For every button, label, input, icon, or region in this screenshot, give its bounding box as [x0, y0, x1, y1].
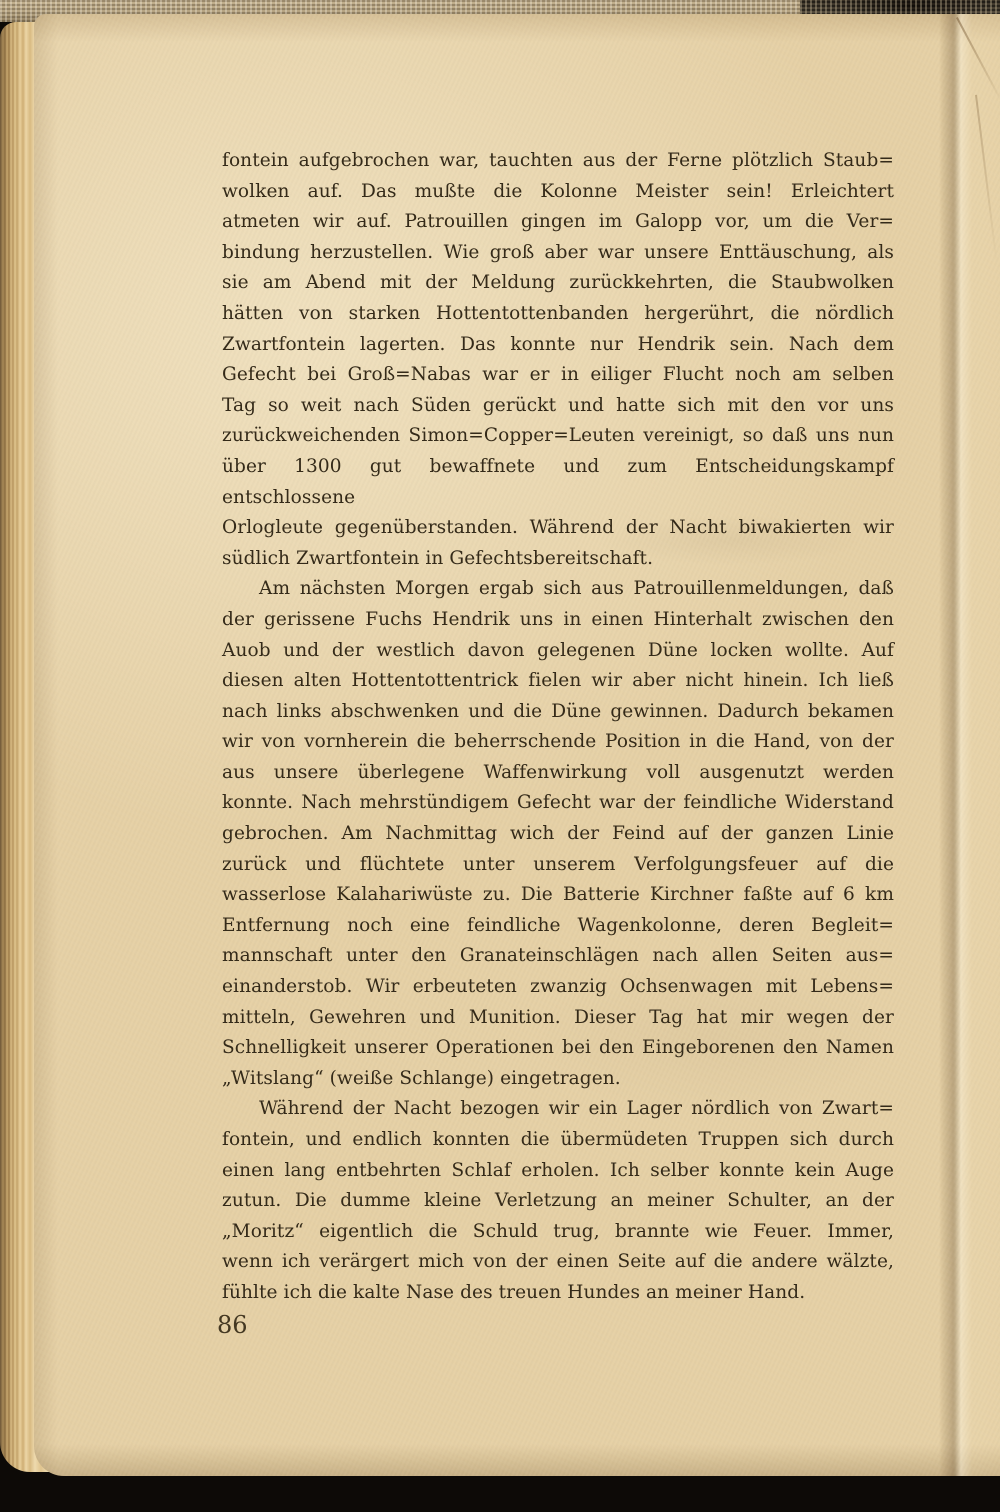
text-line: zutun. Die dumme kleine Verletzung an me…: [222, 1186, 894, 1217]
text-line: bindung herzustellen. Wie groß aber war …: [222, 238, 894, 269]
paragraph: fontein aufgebrochen war, tauchten aus d…: [222, 146, 894, 574]
text-line: wir von vornherein die beherrschende Pos…: [222, 727, 894, 758]
text-line: atmeten wir auf. Patrouillen gingen im G…: [222, 207, 894, 238]
text-line: gebrochen. Am Nachmittag wich der Feind …: [222, 819, 894, 850]
text-line: nach links abschwenken und die Düne gewi…: [222, 697, 894, 728]
text-line: Auob und der westlich davon gelegenen Dü…: [222, 636, 894, 667]
text-line: konnte. Nach mehrstündigem Gefecht war d…: [222, 788, 894, 819]
text-line: Während der Nacht bezogen wir ein Lager …: [222, 1094, 894, 1125]
text-line: einen lang entbehrten Schlaf erholen. Ic…: [222, 1156, 894, 1187]
text-line: zurück und flüchtete unter unserem Verfo…: [222, 850, 894, 881]
text-line: Zwartfontein lagerten. Das konnte nur He…: [222, 330, 894, 361]
text-line: südlich Zwartfontein in Gefechtsbereitsc…: [222, 544, 894, 575]
text-line: wasserlose Kalahariwüste zu. Die Batteri…: [222, 880, 894, 911]
text-line: „Witslang“ (weiße Schlange) eingetragen.: [222, 1064, 894, 1095]
text-line: Gefecht bei Groß=Nabas war er in eiliger…: [222, 360, 894, 391]
paragraph: Während der Nacht bezogen wir ein Lager …: [222, 1094, 894, 1308]
text-line: fühlte ich die kalte Nase des treuen Hun…: [222, 1278, 894, 1309]
text-line: zurückweichenden Simon=Copper=Leuten ver…: [222, 421, 894, 452]
page-number: 86: [217, 1310, 248, 1340]
text-line: Am nächsten Morgen ergab sich aus Patrou…: [222, 574, 894, 605]
text-line: „Moritz“ eigentlich die Schuld trug, bra…: [222, 1217, 894, 1248]
text-line: der gerissene Fuchs Hendrik uns in einen…: [222, 605, 894, 636]
text-block: fontein aufgebrochen war, tauchten aus d…: [222, 146, 894, 1309]
text-line: wenn ich verärgert mich von der einen Se…: [222, 1247, 894, 1278]
text-line: über 1300 gut bewaffnete und zum Entsche…: [222, 452, 894, 513]
paragraph: Am nächsten Morgen ergab sich aus Patrou…: [222, 574, 894, 1094]
text-line: fontein aufgebrochen war, tauchten aus d…: [222, 146, 894, 177]
text-line: aus unsere überlegene Waffenwirkung voll…: [222, 758, 894, 789]
book-photo: fontein aufgebrochen war, tauchten aus d…: [0, 0, 1000, 1512]
text-line: Entfernung noch eine feindliche Wagenkol…: [222, 911, 894, 942]
text-line: mannschaft unter den Granateinschlägen n…: [222, 941, 894, 972]
text-line: mitteln, Gewehren und Munition. Dieser T…: [222, 1003, 894, 1034]
text-line: fontein, und endlich konnten die übermüd…: [222, 1125, 894, 1156]
text-line: hätten von starken Hottentottenbanden he…: [222, 299, 894, 330]
text-line: Tag so weit nach Süden gerückt und hatte…: [222, 391, 894, 422]
text-line: Schnelligkeit unserer Operationen bei de…: [222, 1033, 894, 1064]
text-line: einanderstob. Wir erbeuteten zwanzig Och…: [222, 972, 894, 1003]
text-line: diesen alten Hottentottentrick fielen wi…: [222, 666, 894, 697]
text-line: Orlogleute gegenüberstanden. Während der…: [222, 513, 894, 544]
text-line: wolken auf. Das mußte die Kolonne Meiste…: [222, 177, 894, 208]
text-line: sie am Abend mit der Meldung zurückkehrt…: [222, 268, 894, 299]
